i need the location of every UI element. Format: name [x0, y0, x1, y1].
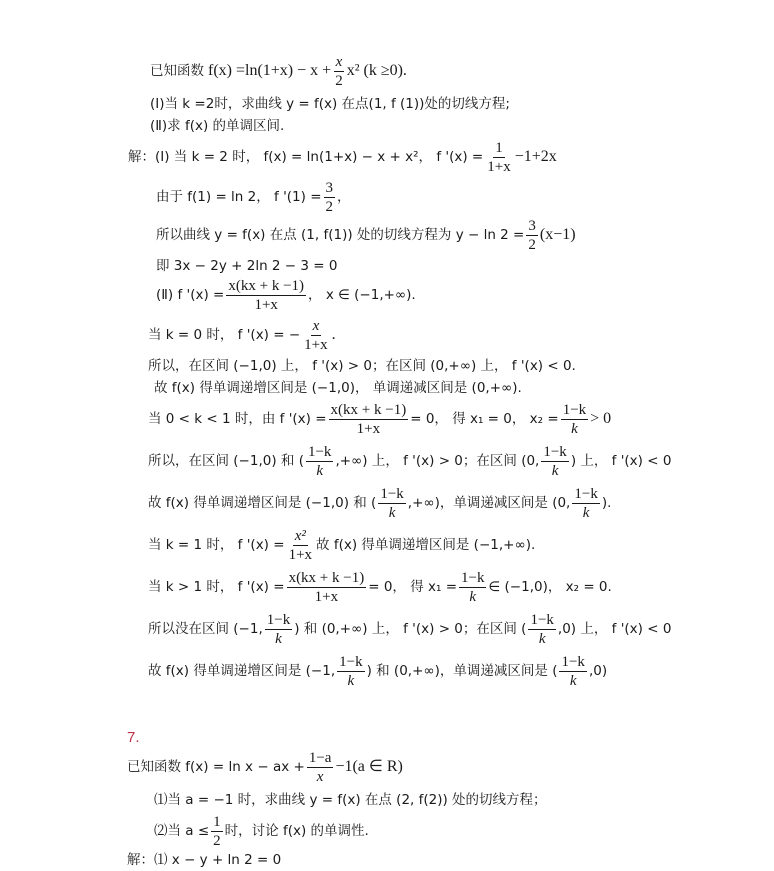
solution-line-6: 当 k = 0 时， f '(x) = − x1+x .: [148, 316, 336, 354]
solution-line-11: 故 f(x) 得单调递增区间是 (−1,0) 和 ( 1−kk ,+∞)，单调递…: [148, 484, 611, 522]
problem7-number: 7.: [127, 728, 140, 748]
stem-prefix: 已知函数: [150, 61, 204, 81]
problem6-stem: 已知函数 f(x) =ln(1+x) − x + x 2 x² (k ≥0).: [150, 52, 407, 90]
stem-function: f(x) =ln(1+x) − x +: [208, 61, 331, 81]
solution-line-10: 所以，在区间 (−1,0) 和 ( 1−kk ,+∞) 上， f '(x) > …: [148, 442, 671, 480]
solution-line-5: (Ⅱ) f '(x) = x(kx + k −1)1+x ， x ∈ (−1,+…: [156, 276, 416, 314]
problem6-question-2: (Ⅱ)求 f(x) 的单调区间.: [150, 116, 284, 136]
solution-line-9: 当 0 < k < 1 时，由 f '(x) = x(kx + k −1)1+x…: [148, 400, 611, 438]
solution-line-12: 当 k = 1 时， f '(x) = x²1+x 故 f(x) 得单调递增区间…: [148, 526, 535, 564]
solution-line-4: 即 3x − 2y + 2ln 2 − 3 = 0: [156, 256, 337, 276]
problem6-question-1: (Ⅰ)当 k =2时，求曲线 y = f(x) 在点(1, f (1))处的切线…: [150, 94, 510, 114]
problem7-solution: 解：⑴ x − y + ln 2 = 0: [127, 850, 281, 870]
solution-line-7: 所以，在区间 (−1,0) 上， f '(x) > 0；在区间 (0,+∞) 上…: [148, 356, 576, 376]
solution-line-14: 所以没在区间 (−1, 1−kk ) 和 (0,+∞) 上， f '(x) > …: [148, 610, 671, 648]
stem-fraction: x 2: [333, 53, 345, 90]
problem7-question-2: ⑵当 a ≤ 12 时，讨论 f(x) 的单调性.: [154, 812, 369, 850]
solution-line-8: 故 f(x) 得单调递增区间是 (−1,0)， 单调递减区间是 (0,+∞).: [154, 378, 522, 398]
solution-line-15: 故 f(x) 得单调递增区间是 (−1, 1−kk ) 和 (0,+∞)，单调递…: [148, 652, 607, 690]
solution-line-2: 由于 f(1) = ln 2， f '(1) = 32 ，: [156, 178, 351, 216]
problem7-stem: 已知函数 f(x) = ln x − ax + 1−ax −1(a ∈ R): [127, 748, 403, 786]
solution-line-13: 当 k > 1 时， f '(x) = x(kx + k −1)1+x = 0，…: [148, 568, 612, 606]
solution-line-3: 所以曲线 y = f(x) 在点 (1, f(1)) 处的切线方程为 y − l…: [156, 216, 576, 254]
solution-line-1: 解：(Ⅰ) 当 k = 2 时， f(x) = ln(1+x) − x + x²…: [128, 138, 557, 176]
stem-tail: x² (k ≥0).: [347, 61, 407, 81]
problem7-question-1: ⑴当 a = −1 时，求曲线 y = f(x) 在点 (2, f(2)) 处的…: [154, 790, 547, 810]
